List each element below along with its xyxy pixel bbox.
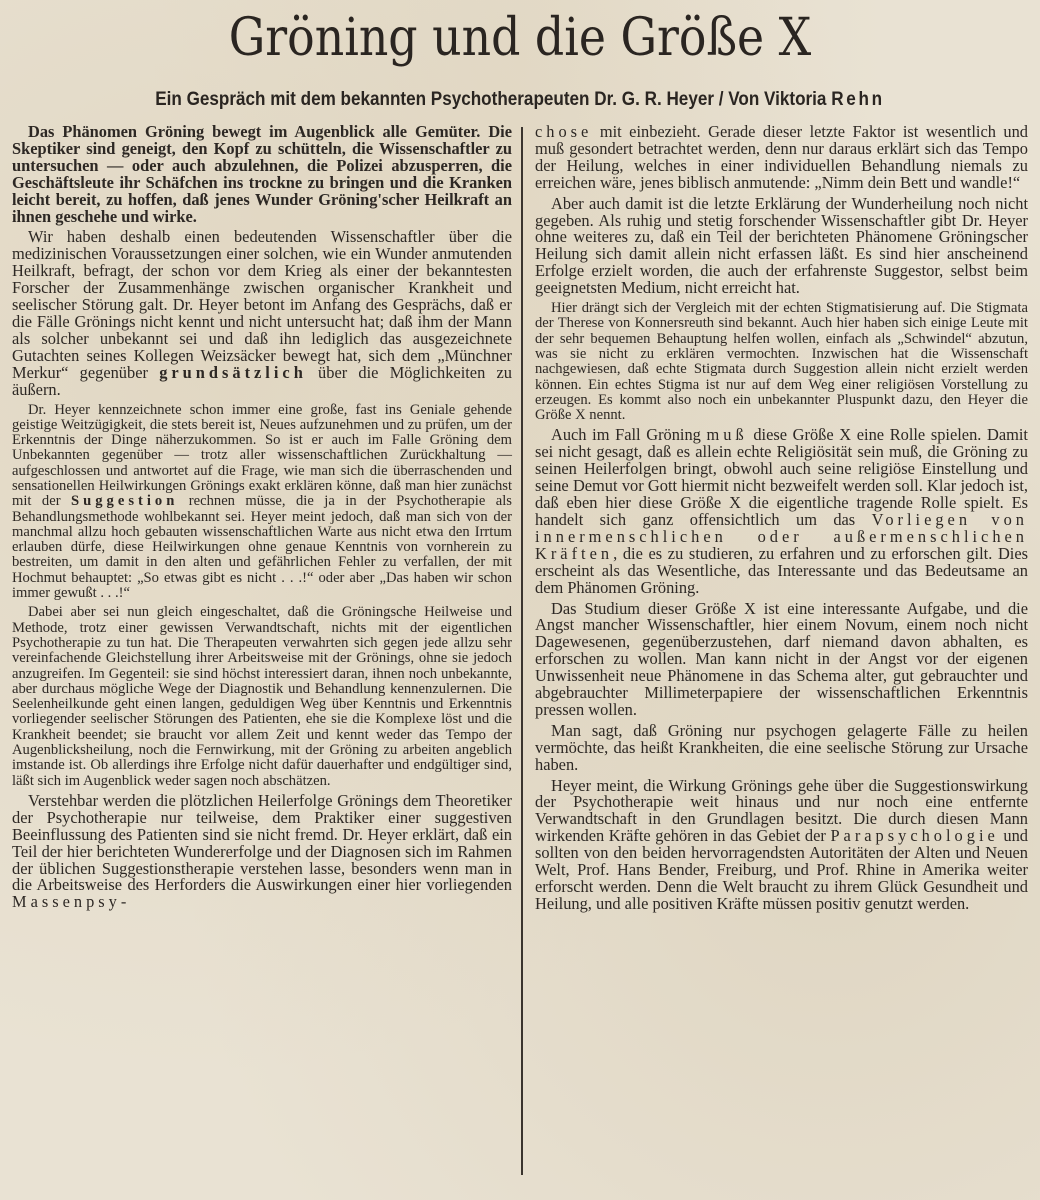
- paragraph: Wir haben deshalb einen bedeutenden Wiss…: [12, 229, 512, 398]
- emphasis: grundsätzlich: [159, 363, 307, 382]
- lead-paragraph: Das Phänomen Gröning bewegt im Augenblic…: [12, 124, 512, 225]
- newspaper-page: Gröning und die Größe X Ein Gespräch mit…: [0, 0, 1040, 1200]
- left-column: Das Phänomen Gröning bewegt im Augenblic…: [12, 124, 512, 915]
- paragraph: chose mit einbezieht. Gerade dieser letz…: [535, 124, 1028, 192]
- paragraph: Aber auch damit ist die letzte Erklärung…: [535, 196, 1028, 297]
- paragraph: Man sagt, daß Gröning nur psychogen gela…: [535, 723, 1028, 774]
- paragraph: Heyer meint, die Wirkung Grönings gehe ü…: [535, 778, 1028, 913]
- paragraph: Dr. Heyer kennzeichnete schon immer eine…: [12, 403, 512, 602]
- headline: Gröning und die Größe X: [62, 8, 977, 68]
- paragraph: Dabei aber sei nun gleich eingeschaltet,…: [12, 605, 512, 789]
- paragraph: Hier drängt sich der Vergleich mit der e…: [535, 301, 1028, 423]
- right-column: chose mit einbezieht. Gerade dieser letz…: [535, 124, 1028, 917]
- author-surname: Rehn: [831, 89, 885, 110]
- paragraph: Das Studium dieser Größe X ist eine inte…: [535, 601, 1028, 719]
- paragraph: Verstehbar werden die plötzlichen Heiler…: [12, 793, 512, 911]
- column-divider: [521, 127, 523, 1175]
- subheadline: Ein Gespräch mit dem bekannten Psychothe…: [52, 89, 988, 111]
- paragraph: Auch im Fall Gröning muß diese Größe X e…: [535, 427, 1028, 596]
- subheadline-text: Ein Gespräch mit dem bekannten Psychothe…: [155, 89, 831, 110]
- emphasis: Suggestion: [71, 493, 178, 509]
- emphasis: Massenpsy-: [12, 892, 130, 911]
